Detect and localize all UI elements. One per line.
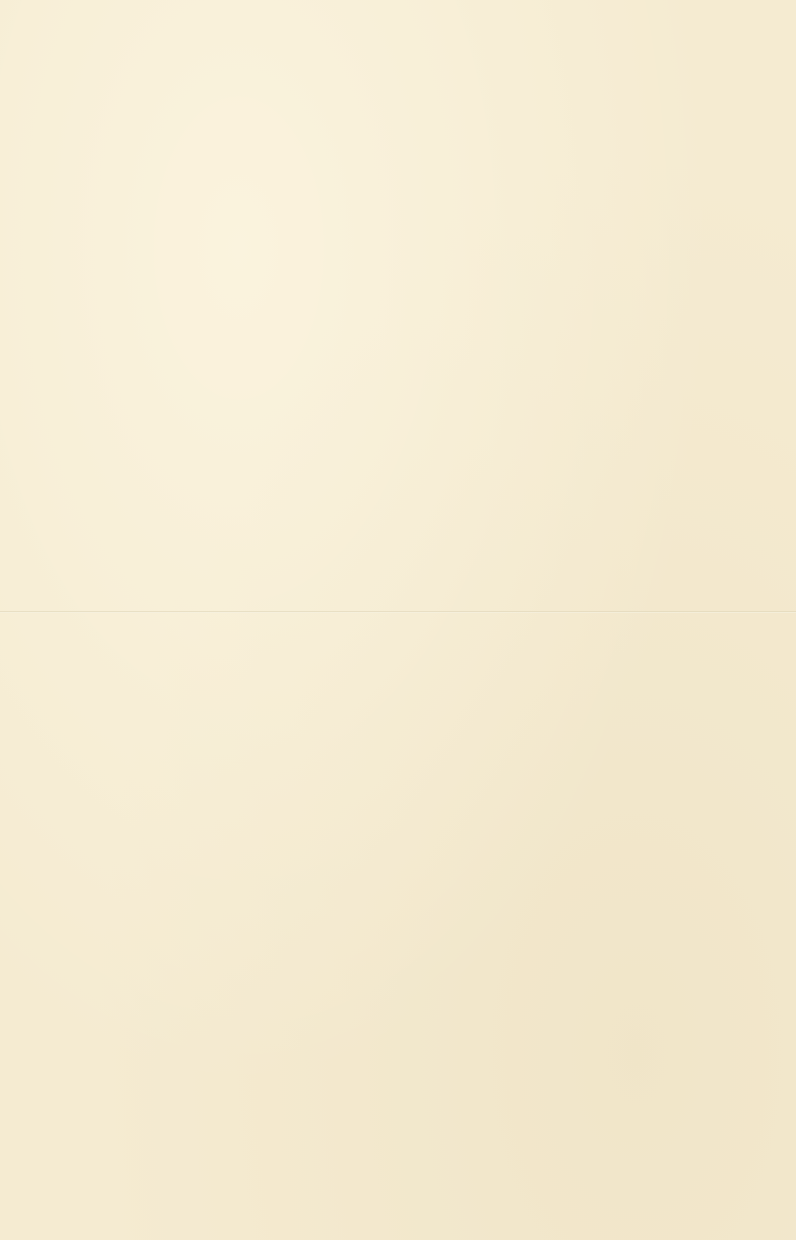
paper-fold-line — [0, 611, 796, 613]
letter-page — [0, 0, 796, 1240]
